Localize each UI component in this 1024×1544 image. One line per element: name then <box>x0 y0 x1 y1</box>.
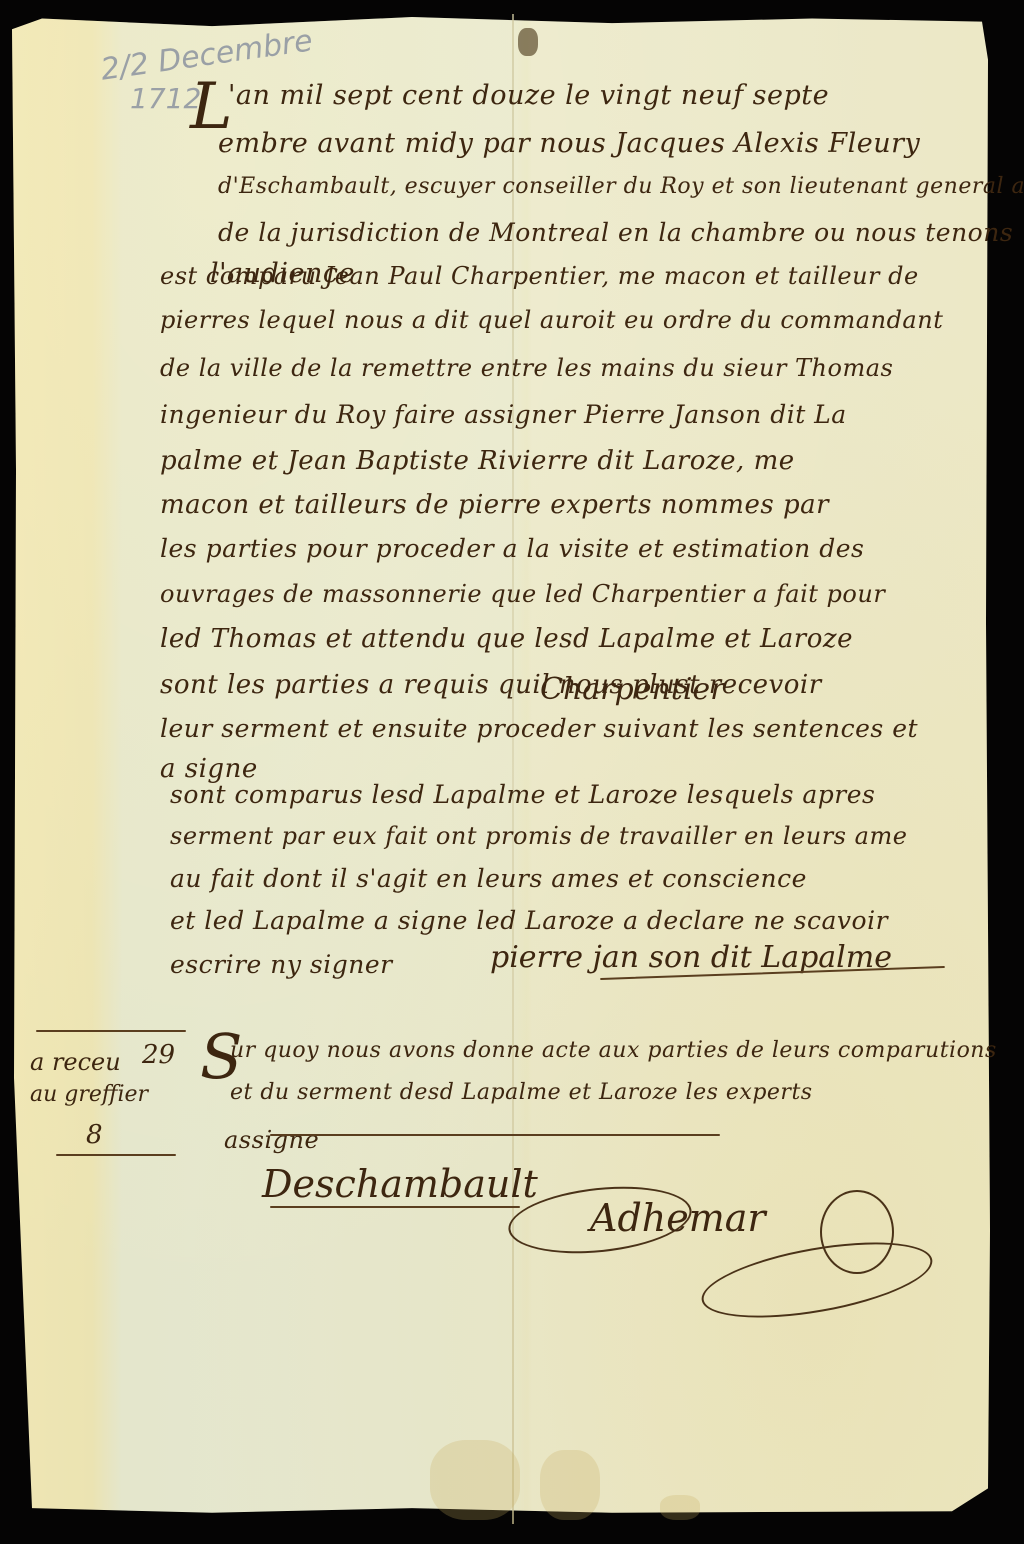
text-line: ouvrages de massonnerie que led Charpent… <box>160 580 885 608</box>
water-stain <box>540 1450 600 1520</box>
text-line: led Thomas et attendu que lesd Lapalme e… <box>160 624 853 654</box>
text-line: au fait dont il s'agit en leurs ames et … <box>170 864 807 893</box>
text-line: de la ville de la remettre entre les mai… <box>160 354 893 382</box>
margin-note-day: 29 <box>142 1040 175 1070</box>
margin-note-line1: a receu <box>30 1048 121 1076</box>
text-line: escrire ny signer <box>170 950 393 979</box>
text-line: leur serment et ensuite proceder suivant… <box>160 714 918 743</box>
text-line: sont comparus lesd Lapalme et Laroze les… <box>170 780 875 809</box>
text-line: assigne <box>224 1126 319 1154</box>
text-line: ingenieur du Roy faire assigner Pierre J… <box>160 400 847 429</box>
text-line: les parties pour proceder a la visite et… <box>160 534 864 563</box>
text-line: et led Lapalme a signe led Laroze a decl… <box>170 906 888 935</box>
text-line: et du serment desd Lapalme et Laroze les… <box>230 1080 813 1105</box>
signature-underline <box>270 1206 520 1208</box>
text-line: est comparu Jean Paul Charpentier, me ma… <box>160 262 919 290</box>
text-line: embre avant midy par nous Jacques Alexis… <box>218 128 920 159</box>
water-stain <box>660 1495 700 1520</box>
text-line: pierres lequel nous a dit quel auroit eu… <box>160 306 943 334</box>
text-line: palme et Jean Baptiste Rivierre dit Laro… <box>160 446 795 476</box>
margin-note-mark: 8 <box>86 1120 103 1150</box>
signature-paraph <box>820 1190 894 1274</box>
text-line: serment par eux fait ont promis de trava… <box>170 822 907 850</box>
text-line: d'Eschambault, escuyer conseiller du Roy… <box>218 174 1024 199</box>
text-line: 'an mil sept cent douze le vingt neuf se… <box>228 80 829 111</box>
text-line: ur quoy nous avons donne acte aux partie… <box>230 1038 997 1063</box>
signature-deschambault: Deschambault <box>262 1162 538 1206</box>
text-line: de la jurisdiction de Montreal en la cha… <box>218 218 1013 247</box>
text-line: macon et tailleurs de pierre experts nom… <box>160 490 829 520</box>
margin-rule-bottom <box>56 1154 176 1156</box>
water-stain <box>430 1440 520 1520</box>
ink-blot <box>518 28 538 56</box>
margin-rule-top <box>36 1030 186 1032</box>
closing-rule <box>270 1134 720 1136</box>
signature-charpentier: Charpentier <box>540 672 725 707</box>
signature-adhemar: Adhemar <box>590 1196 766 1240</box>
margin-note-line2: au greffier <box>30 1082 148 1107</box>
